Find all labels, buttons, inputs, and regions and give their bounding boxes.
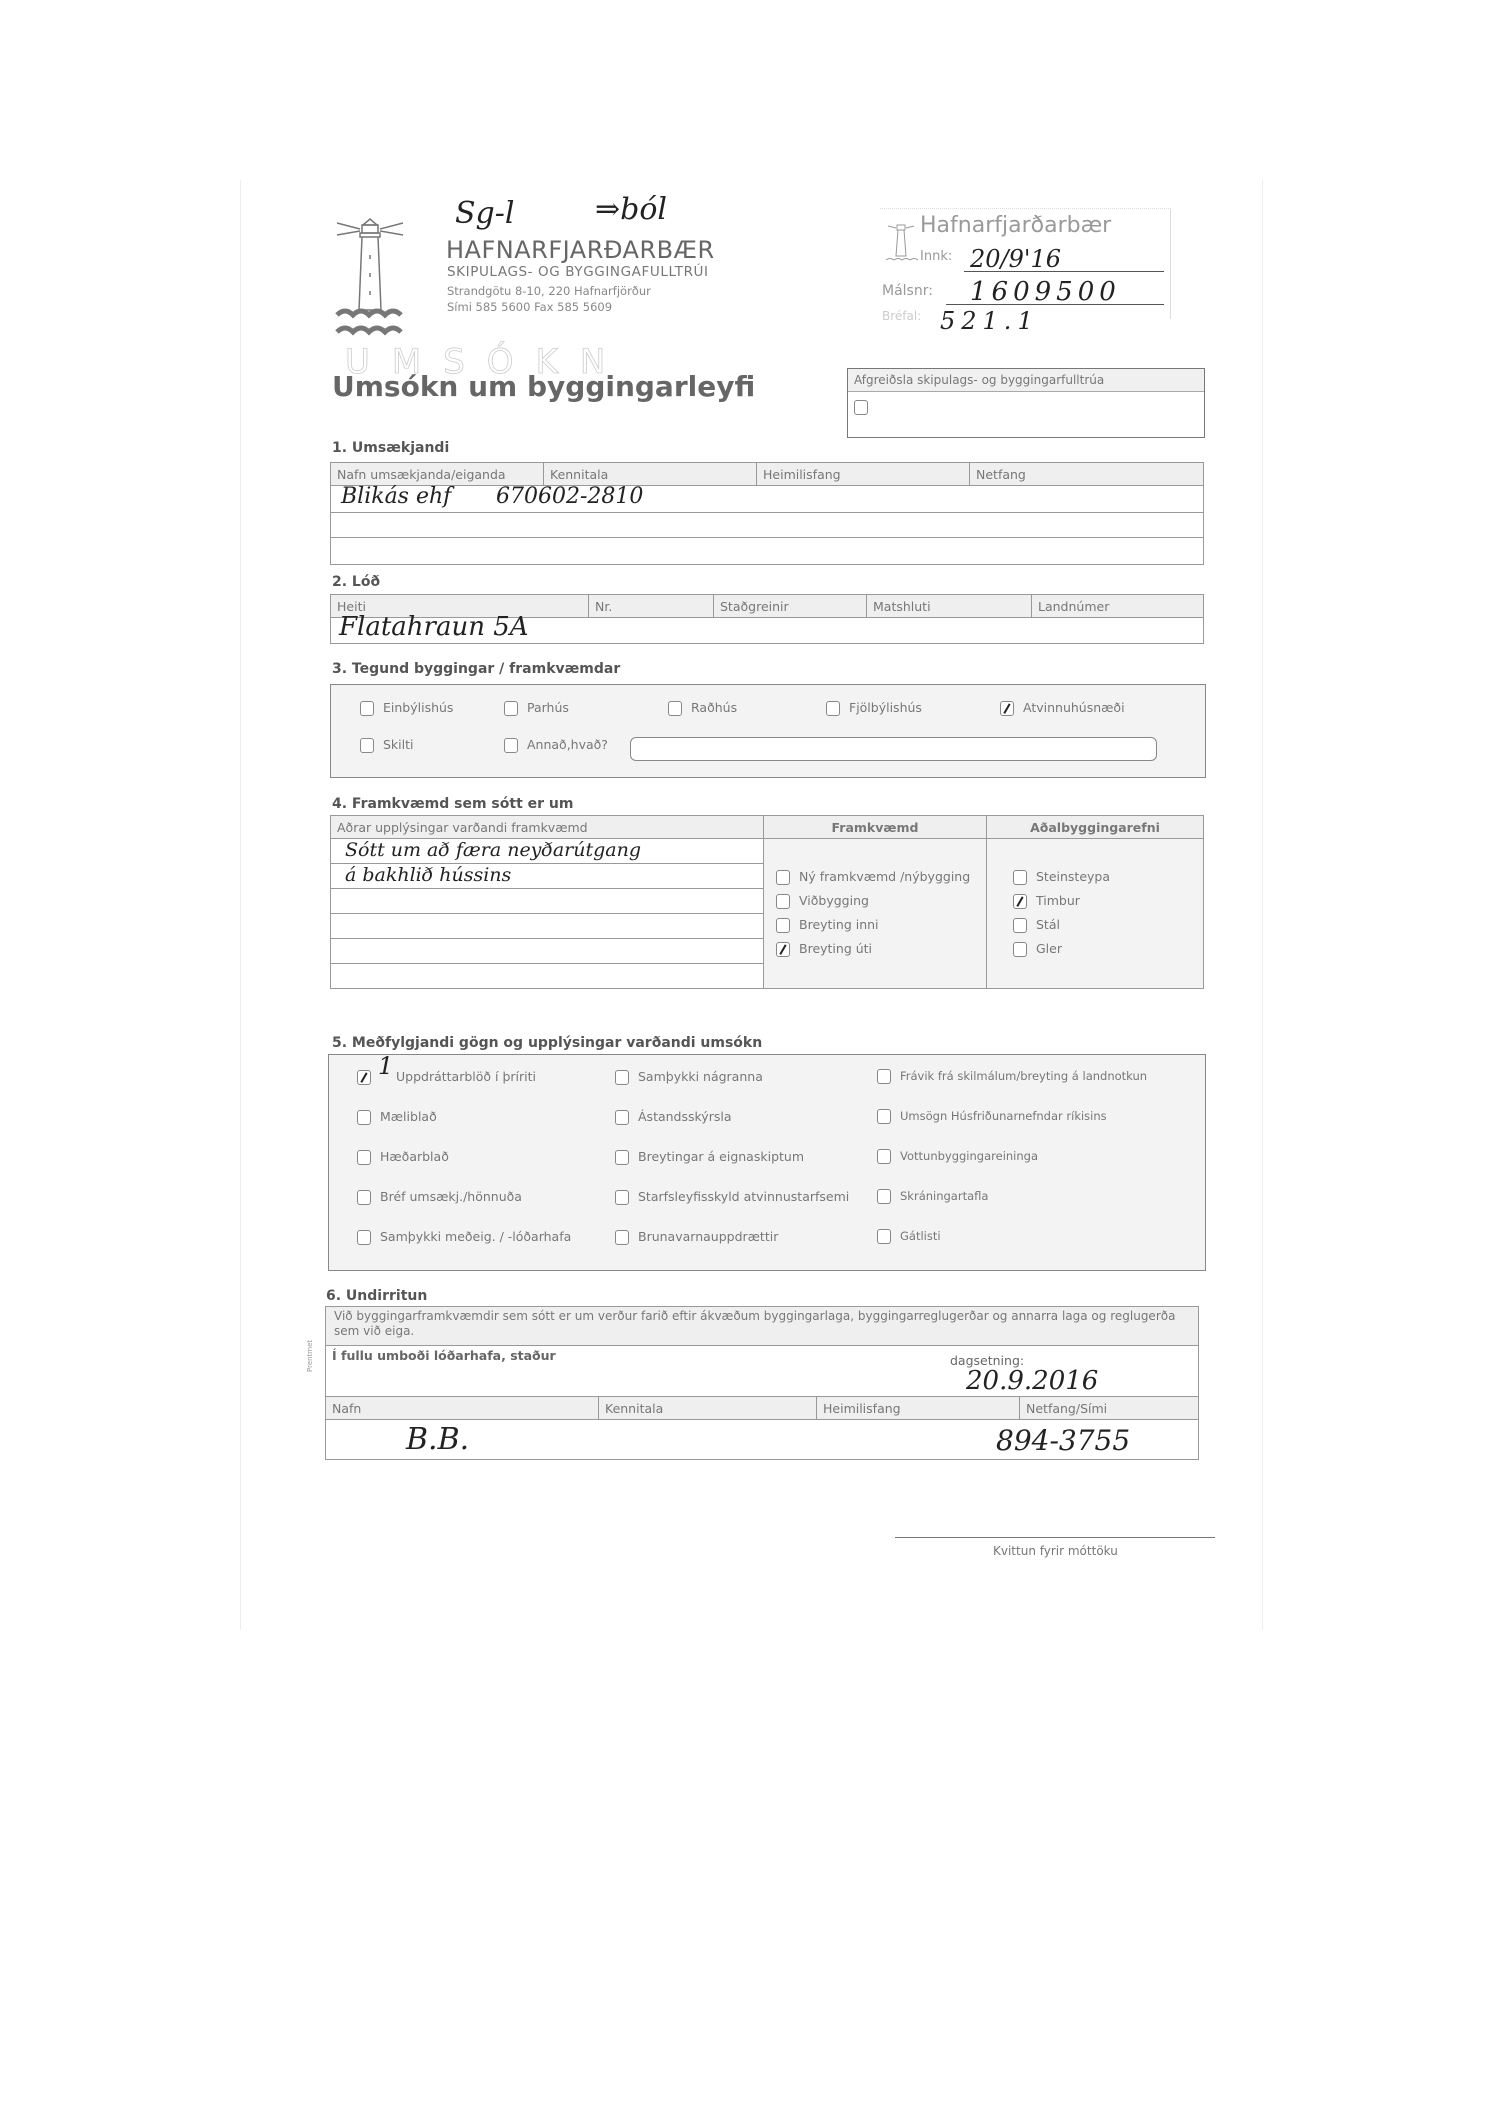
org-name: HAFNARFJARÐARBÆR (446, 236, 715, 264)
checkbox-icon[interactable] (668, 701, 682, 716)
efni-option-3[interactable]: Stál (1013, 917, 1060, 933)
table-row (331, 538, 1204, 565)
checkbox-icon[interactable] (877, 1069, 891, 1084)
attachment-option-3[interactable]: Frávik frá skilmálum/breyting á landnotk… (877, 1069, 1147, 1084)
col-kennitala: Kennitala (544, 463, 757, 486)
col-nafn: Nafn umsækjanda/eiganda (331, 463, 544, 486)
attachment-option-15[interactable]: Gátlisti (877, 1229, 941, 1244)
afgreidsla-label: Afgreiðsla skipulags- og byggingarfulltr… (848, 369, 1204, 392)
stamp-malsnr-label: Málsnr: (882, 283, 933, 299)
received-stamp: Hafnarfjarðarbær Innk: 20/9'16 Málsnr: 1… (880, 208, 1171, 319)
lighthouse-logo-icon (335, 215, 405, 345)
col-stadgreinir: Staðgreinir (714, 595, 867, 618)
building-type-6[interactable]: Skilti (360, 737, 414, 753)
checkbox-icon[interactable] (776, 894, 790, 909)
org-phone: Sími 585 5600 Fax 585 5609 (447, 300, 612, 314)
attachment-option-8[interactable]: Breytingar á eignaskiptum (615, 1149, 804, 1165)
page-title: Umsókn um byggingarleyfi (332, 370, 755, 403)
option-label: Annað,hvað? (527, 737, 608, 752)
option-label: Skráningartafla (900, 1189, 988, 1203)
checkbox-icon[interactable] (615, 1190, 629, 1205)
framkvaemd-option-2[interactable]: Viðbygging (776, 893, 869, 909)
signatory-name-value[interactable]: B.B. (406, 1422, 469, 1457)
signature-statement: Við byggingarframkvæmdir sem sótt er um … (325, 1306, 1199, 1346)
attachment-option-13[interactable]: Samþykki meðeig. / -lóðarhafa (357, 1229, 571, 1245)
option-label: Mæliblað (380, 1109, 437, 1124)
applicant-kennitala-value[interactable]: 670602-2810 (496, 484, 643, 509)
other-type-input[interactable] (630, 737, 1157, 761)
option-label: Steinsteypa (1036, 869, 1110, 884)
option-label: Frávik frá skilmálum/breyting á landnotk… (900, 1069, 1147, 1083)
option-label: Uppdráttarblöð í þríriti (396, 1069, 536, 1084)
info-line-1[interactable]: Sótt um að færa neyðarútgang (331, 839, 763, 864)
option-label: Bréf umsækj./hönnuða (380, 1189, 522, 1204)
stamp-brefa-value: 521.1 (940, 307, 1039, 335)
paper-left-edge (240, 180, 241, 1630)
org-department: SKIPULAGS- OG BYGGINGAFULLTRÚI (447, 264, 709, 280)
checkbox-icon[interactable] (360, 701, 374, 716)
lot-name-value[interactable]: Flatahraun 5A (339, 612, 529, 642)
stamp-brefa-label: Bréfal: (882, 309, 921, 323)
lot-table: Heiti Nr. Staðgreinir Matshluti Landnúme… (330, 594, 1204, 644)
col-nr: Nr. (589, 595, 714, 618)
attachment-option-5[interactable]: Ástandsskýrsla (615, 1109, 731, 1125)
col-info: Aðrar upplýsingar varðandi framkvæmd (331, 816, 764, 839)
col-landnumer: Landnúmer (1032, 595, 1204, 618)
section4-heading: 4. Framkvæmd sem sótt er um (332, 796, 573, 812)
option-label: Brunavarnauppdrættir (638, 1229, 778, 1244)
checked-checkbox-icon[interactable] (776, 942, 790, 957)
work-table: Aðrar upplýsingar varðandi framkvæmd Fra… (330, 815, 1204, 989)
efni-option-4[interactable]: Gler (1013, 941, 1062, 957)
option-label: Stál (1036, 917, 1060, 932)
checkbox-icon[interactable] (357, 1230, 371, 1245)
option-label: Gler (1036, 941, 1062, 956)
stamp-innk-label: Innk: (920, 249, 952, 264)
option-label: Skilti (383, 737, 414, 752)
checkbox-icon[interactable] (357, 1110, 371, 1125)
signatory-table: Nafn Kennitala Heimilisfang Netfang/Sími… (325, 1396, 1199, 1460)
stamp-malsnr-value: 1609500 (970, 277, 1121, 307)
attachment-option-4[interactable]: Mæliblað (357, 1109, 437, 1125)
checked-checkbox-icon[interactable] (1013, 894, 1027, 909)
building-type-box (330, 684, 1206, 778)
attachment-option-14[interactable]: Brunavarnauppdrættir (615, 1229, 778, 1245)
checkbox-icon[interactable] (615, 1110, 629, 1125)
framkvaemd-option-1[interactable]: Ný framkvæmd /nýbygging (776, 869, 970, 885)
option-label: Atvinnuhúsnæði (1023, 700, 1125, 715)
col-efni: Aðalbyggingarefni (987, 816, 1204, 839)
date-value[interactable]: 20.9.2016 (966, 1366, 1098, 1396)
efni-cell: SteinsteypaTimburStálGler (987, 839, 1204, 989)
applicant-table: Nafn umsækjanda/eiganda Kennitala Heimil… (330, 462, 1204, 565)
col-sig-nafn: Nafn (326, 1397, 599, 1420)
stamp-title: Hafnarfjarðarbær (920, 213, 1111, 238)
attachment-option-10[interactable]: Bréf umsækj./hönnuða (357, 1189, 522, 1205)
table-row (331, 513, 1204, 538)
attachment-option-1[interactable]: Uppdráttarblöð í þríriti (357, 1069, 536, 1085)
section5-heading: 5. Meðfylgjandi gögn og upplýsingar varð… (332, 1035, 762, 1051)
table-row: B.B. 894-3755 (326, 1420, 1199, 1460)
authority-box: Í fullu umboði lóðarhafa, staður dagsetn… (325, 1344, 1199, 1397)
building-type-5[interactable]: Atvinnuhúsnæði (1000, 700, 1125, 716)
checkbox-icon[interactable] (504, 701, 518, 716)
handwritten-initials-2: ⇒ból (595, 192, 667, 227)
info-line-5[interactable] (331, 939, 763, 964)
col-matshluti: Matshluti (867, 595, 1032, 618)
info-line-4[interactable] (331, 914, 763, 939)
option-label: Breytingar á eignaskiptum (638, 1149, 804, 1164)
option-label: Samþykki nágranna (638, 1069, 763, 1084)
building-type-4[interactable]: Fjölbýlishús (826, 700, 922, 716)
receipt-label: Kvittun fyrir móttöku (993, 1544, 1118, 1558)
applicant-name-value[interactable]: Blikás ehf (341, 484, 451, 509)
authority-label: Í fullu umboði lóðarhafa, staður (332, 1348, 556, 1363)
applicant-row-2[interactable] (331, 513, 1204, 538)
attachment-option-2[interactable]: Samþykki nágranna (615, 1069, 763, 1085)
efni-option-1[interactable]: Steinsteypa (1013, 869, 1110, 885)
option-label: Starfsleyfisskyld atvinnustarfsemi (638, 1189, 849, 1204)
col-heimilisfang: Heimilisfang (757, 463, 970, 486)
option-label: Raðhús (691, 700, 737, 715)
option-label: Hæðarblað (380, 1149, 449, 1164)
checkbox-icon[interactable] (1013, 870, 1027, 885)
attachment-option-7[interactable]: Hæðarblað (357, 1149, 449, 1165)
table-row: Flatahraun 5A (331, 618, 1204, 644)
building-type-1[interactable]: Einbýlishús (360, 700, 453, 716)
checkbox-icon[interactable] (776, 870, 790, 885)
option-label: Timbur (1036, 893, 1080, 908)
framkvaemd-option-4[interactable]: Breyting úti (776, 941, 872, 957)
info-line-3[interactable] (331, 889, 763, 914)
checkbox-icon[interactable] (1013, 918, 1027, 933)
attachment-option-12[interactable]: Skráningartafla (877, 1189, 988, 1204)
checkbox-icon[interactable] (615, 1230, 629, 1245)
paper-right-edge (1262, 180, 1263, 1630)
checkbox-icon[interactable] (360, 738, 374, 753)
signatory-phone-value[interactable]: 894-3755 (996, 1424, 1130, 1457)
checkbox-icon[interactable] (357, 1190, 371, 1205)
info-line-2[interactable]: á bakhlið hússins (331, 864, 763, 889)
col-sig-netfang: Netfang/Sími (1020, 1397, 1199, 1420)
option-label: Einbýlishús (383, 700, 453, 715)
option-label: Ástandsskýrsla (638, 1109, 731, 1124)
attachment-option-9[interactable]: Vottunbyggingareininga (877, 1149, 1038, 1164)
attachment-option-6[interactable]: Umsögn Húsfriðunarnefndar ríkisins (877, 1109, 1107, 1124)
option-label: Breyting úti (799, 941, 872, 956)
checkbox-icon[interactable] (877, 1109, 891, 1124)
section6-heading: 6. Undirritun (326, 1288, 427, 1304)
checkbox-icon[interactable] (615, 1070, 629, 1085)
option-label: Gátlisti (900, 1229, 941, 1243)
col-sig-kennitala: Kennitala (599, 1397, 817, 1420)
framkvaemd-cell: Ný framkvæmd /nýbyggingViðbyggingBreytin… (764, 839, 987, 989)
option-label: Breyting inni (799, 917, 879, 932)
checkbox-icon[interactable] (877, 1189, 891, 1204)
checkbox-icon[interactable] (615, 1150, 629, 1165)
attachment-option-11[interactable]: Starfsleyfisskyld atvinnustarfsemi (615, 1189, 849, 1205)
efni-option-2[interactable]: Timbur (1013, 893, 1080, 909)
checkbox-icon[interactable] (1013, 942, 1027, 957)
section2-heading: 2. Lóð (332, 574, 380, 590)
option-label: Parhús (527, 700, 569, 715)
option-label: Samþykki meðeig. / -lóðarhafa (380, 1229, 571, 1244)
checked-checkbox-icon[interactable] (1000, 701, 1014, 716)
option-label: Viðbygging (799, 893, 869, 908)
building-type-3[interactable]: Raðhús (668, 700, 737, 716)
section1-heading: 1. Umsækjandi (332, 440, 449, 456)
col-netfang: Netfang (970, 463, 1204, 486)
org-address: Strandgötu 8-10, 220 Hafnarfjörður (447, 284, 651, 298)
stamp-innk-line (964, 271, 1164, 272)
checked-checkbox-icon[interactable] (357, 1070, 371, 1085)
checkbox-icon[interactable] (826, 701, 840, 716)
option-label: Vottunbyggingareininga (900, 1149, 1038, 1163)
building-type-2[interactable]: Parhús (504, 700, 569, 716)
afgreidsla-box: Afgreiðsla skipulags- og byggingarfulltr… (847, 368, 1205, 438)
printer-mark: Prentmet (306, 1340, 314, 1372)
receipt-line (895, 1537, 1215, 1538)
afgreidsla-checkbox[interactable] (854, 400, 868, 415)
checkbox-icon[interactable] (357, 1150, 371, 1165)
checkbox-icon[interactable] (776, 918, 790, 933)
checkbox-icon[interactable] (877, 1229, 891, 1244)
handwritten-initials-1: Sg-l (455, 196, 515, 231)
checkbox-icon[interactable] (504, 738, 518, 753)
section3-heading: 3. Tegund byggingar / framkvæmdar (332, 661, 620, 677)
building-type-7[interactable]: Annað,hvað? (504, 737, 608, 753)
framkvaemd-option-3[interactable]: Breyting inni (776, 917, 879, 933)
stamp-innk-value: 20/9'16 (970, 245, 1061, 273)
option-label: Fjölbýlishús (849, 700, 922, 715)
option-label: Ný framkvæmd /nýbygging (799, 869, 970, 884)
col-sig-heimilisfang: Heimilisfang (817, 1397, 1020, 1420)
checkbox-icon[interactable] (877, 1149, 891, 1164)
option-label: Umsögn Húsfriðunarnefndar ríkisins (900, 1109, 1107, 1123)
info-line-6[interactable] (331, 964, 763, 988)
col-framkvaemd: Framkvæmd (764, 816, 987, 839)
table-row: Blikás ehf 670602-2810 (331, 486, 1204, 513)
stamp-malsnr-line (946, 304, 1164, 305)
applicant-row-3[interactable] (331, 538, 1204, 565)
